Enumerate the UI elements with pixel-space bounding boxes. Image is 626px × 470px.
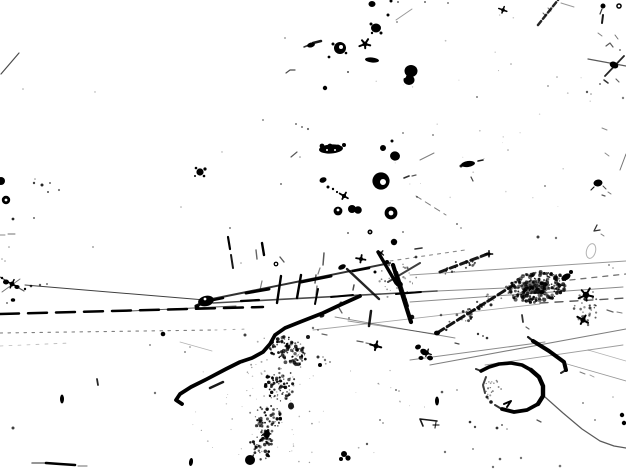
texture-mark xyxy=(292,350,294,352)
texture-mark xyxy=(537,236,540,239)
texture-mark xyxy=(490,303,493,306)
texture-mark xyxy=(505,191,507,193)
texture-mark xyxy=(370,23,373,26)
texture-mark xyxy=(267,375,269,377)
texture-mark xyxy=(586,319,589,322)
texture-mark xyxy=(374,344,379,349)
texture-mark xyxy=(283,378,284,379)
texture-mark xyxy=(266,359,267,360)
texture-mark xyxy=(481,306,483,308)
texture-mark xyxy=(608,264,610,266)
texture-mark xyxy=(273,396,274,397)
texture-mark xyxy=(534,284,536,286)
texture-mark xyxy=(274,425,275,426)
texture-mark xyxy=(409,405,410,406)
texture-mark xyxy=(578,294,580,296)
texture-mark xyxy=(288,393,291,396)
texture-mark xyxy=(529,280,531,282)
texture-mark xyxy=(299,351,300,352)
texture-mark xyxy=(467,319,470,322)
texture-mark xyxy=(318,363,322,367)
texture-mark xyxy=(230,429,231,430)
texture-mark xyxy=(189,346,191,348)
texture-mark xyxy=(261,408,263,410)
texture-mark xyxy=(509,286,513,290)
texture-mark xyxy=(279,390,281,392)
texture-mark xyxy=(471,316,473,318)
texture-mark xyxy=(529,295,531,297)
texture-mark xyxy=(469,264,471,266)
texture-mark xyxy=(581,302,583,304)
texture-mark xyxy=(373,452,374,453)
texture-mark xyxy=(92,246,94,248)
texture-mark xyxy=(589,101,590,102)
texture-mark xyxy=(265,408,268,411)
texture-mark xyxy=(180,206,182,208)
texture-mark xyxy=(271,397,272,398)
texture-mark xyxy=(284,360,288,364)
texture-mark xyxy=(277,351,280,354)
texture-mark xyxy=(406,266,408,268)
texture-mark xyxy=(320,144,325,149)
texture-mark xyxy=(342,143,346,147)
texture-mark xyxy=(267,381,269,383)
texture-mark xyxy=(538,297,541,300)
texture-mark xyxy=(420,183,421,184)
texture-mark xyxy=(253,454,255,456)
texture-mark xyxy=(258,418,260,420)
texture-mark xyxy=(491,299,493,301)
texture-mark xyxy=(546,275,548,277)
texture-mark xyxy=(544,185,546,187)
texture-mark xyxy=(487,387,489,389)
texture-mark xyxy=(445,40,447,42)
texture-mark xyxy=(226,397,227,398)
texture-mark xyxy=(255,447,256,448)
texture-mark xyxy=(260,372,261,373)
texture-mark xyxy=(282,357,283,358)
texture-mark xyxy=(493,300,494,301)
texture-mark xyxy=(476,96,478,98)
texture-mark xyxy=(471,260,473,262)
texture-mark xyxy=(298,461,300,463)
texture-mark xyxy=(296,355,297,356)
texture-mark xyxy=(544,294,545,295)
texture-mark xyxy=(255,424,258,427)
texture-mark xyxy=(594,419,596,421)
texture-mark xyxy=(286,352,288,354)
texture-mark xyxy=(195,305,200,309)
texture-mark xyxy=(400,401,401,402)
texture-mark xyxy=(283,383,286,386)
texture-mark xyxy=(549,276,551,278)
texture-mark xyxy=(289,389,291,391)
texture-mark xyxy=(311,423,313,425)
texture-mark xyxy=(271,430,274,433)
texture-mark xyxy=(374,271,377,274)
texture-mark xyxy=(486,293,488,295)
texture-mark xyxy=(574,305,576,307)
texture-mark xyxy=(500,297,502,299)
texture-mark xyxy=(345,52,348,55)
texture-mark xyxy=(424,1,426,3)
texture-mark xyxy=(6,302,8,304)
texture-mark xyxy=(520,457,522,459)
texture-mark xyxy=(293,360,295,362)
texture-mark xyxy=(58,189,60,191)
texture-mark xyxy=(469,421,472,424)
texture-mark xyxy=(46,283,48,285)
texture-mark xyxy=(486,252,487,253)
texture-mark xyxy=(270,439,273,442)
texture-mark xyxy=(499,458,502,461)
texture-mark xyxy=(271,377,274,380)
texture-mark xyxy=(551,283,553,285)
texture-mark xyxy=(8,246,10,248)
texture-mark xyxy=(553,285,555,287)
texture-mark xyxy=(583,315,585,317)
texture-mark xyxy=(265,457,267,459)
texture-mark xyxy=(267,406,268,407)
texture-mark xyxy=(286,343,289,346)
texture-mark xyxy=(249,441,251,443)
texture-mark xyxy=(513,17,515,19)
texture-mark xyxy=(221,151,222,152)
texture-mark xyxy=(559,280,560,281)
texture-mark xyxy=(496,427,499,430)
texture-mark xyxy=(589,307,592,310)
texture-mark xyxy=(293,378,295,380)
texture-mark xyxy=(253,443,255,445)
texture-mark xyxy=(264,383,267,386)
texture-mark xyxy=(460,227,462,229)
texture-mark xyxy=(382,422,384,424)
texture-mark xyxy=(522,288,524,290)
texture-mark xyxy=(291,390,294,393)
texture-mark xyxy=(184,351,186,353)
texture-mark xyxy=(487,398,489,400)
texture-mark xyxy=(279,376,281,378)
texture-mark xyxy=(531,298,534,301)
texture-mark xyxy=(544,272,546,274)
texture-mark xyxy=(241,448,242,449)
texture-mark xyxy=(293,348,294,349)
texture-mark xyxy=(387,14,390,17)
texture-mark xyxy=(508,285,509,286)
texture-mark xyxy=(404,277,406,279)
texture-mark xyxy=(283,357,286,360)
texture-mark xyxy=(280,400,281,401)
texture-mark xyxy=(262,119,264,121)
texture-mark xyxy=(542,298,546,302)
texture-mark xyxy=(551,293,554,296)
texture-mark xyxy=(281,374,284,377)
texture-mark xyxy=(276,398,278,400)
texture-mark xyxy=(257,341,259,343)
texture-mark xyxy=(435,397,439,406)
texture-mark xyxy=(556,76,558,78)
texture-mark xyxy=(506,428,508,430)
texture-mark xyxy=(264,422,266,424)
texture-mark xyxy=(440,314,443,317)
texture-mark xyxy=(259,452,261,454)
texture-mark xyxy=(301,126,303,128)
texture-mark xyxy=(278,367,281,370)
texture-mark xyxy=(551,286,554,289)
texture-mark xyxy=(319,421,320,422)
texture-mark xyxy=(309,378,310,379)
texture-mark xyxy=(307,128,309,130)
texture-mark xyxy=(311,451,313,453)
texture-mark xyxy=(302,352,304,354)
texture-mark xyxy=(260,438,263,441)
texture-mark xyxy=(502,142,503,143)
texture-mark xyxy=(272,353,275,356)
texture-mark xyxy=(347,71,349,73)
texture-mark xyxy=(581,316,582,317)
texture-mark xyxy=(328,56,331,59)
texture-mark xyxy=(286,391,288,393)
texture-mark xyxy=(342,194,346,198)
texture-mark xyxy=(269,388,271,390)
texture-mark xyxy=(289,451,290,452)
texture-mark xyxy=(244,334,247,337)
texture-mark xyxy=(270,352,273,355)
texture-mark xyxy=(592,297,594,299)
texture-mark xyxy=(328,144,333,149)
texture-mark xyxy=(482,386,483,387)
texture-mark xyxy=(258,429,259,430)
texture-mark xyxy=(522,315,523,322)
texture-mark xyxy=(588,312,591,315)
texture-mark xyxy=(309,411,311,413)
texture-mark xyxy=(445,270,447,272)
texture-mark xyxy=(203,175,206,178)
texture-mark xyxy=(465,320,466,321)
texture-mark xyxy=(270,349,272,351)
texture-mark xyxy=(252,375,254,377)
texture-mark xyxy=(301,354,303,356)
texture-mark xyxy=(533,301,536,304)
texture-mark xyxy=(284,338,286,340)
texture-mark xyxy=(300,366,302,368)
texture-mark xyxy=(404,267,406,269)
texture-mark xyxy=(456,223,458,225)
texture-mark xyxy=(409,183,410,184)
texture-mark xyxy=(499,14,501,16)
texture-mark xyxy=(395,274,396,275)
texture-mark xyxy=(255,416,256,417)
texture-mark xyxy=(240,262,242,264)
texture-mark xyxy=(521,274,525,278)
texture-mark xyxy=(473,309,474,310)
texture-mark xyxy=(323,86,327,90)
texture-mark xyxy=(381,278,383,280)
texture-mark xyxy=(517,287,520,290)
texture-mark xyxy=(12,427,15,430)
texture-mark xyxy=(547,287,550,290)
texture-mark xyxy=(612,396,614,398)
texture-mark xyxy=(269,414,272,417)
texture-mark xyxy=(512,297,513,298)
texture-mark xyxy=(267,450,270,453)
texture-mark xyxy=(402,74,406,78)
texture-mark xyxy=(260,431,262,433)
texture-mark xyxy=(281,422,282,423)
texture-mark xyxy=(329,361,331,363)
texture-mark xyxy=(263,443,266,446)
texture-mark xyxy=(60,395,64,404)
texture-mark xyxy=(324,359,326,361)
texture-mark xyxy=(270,391,273,394)
texture-mark xyxy=(622,421,626,425)
texture-mark xyxy=(270,344,271,345)
texture-mark xyxy=(293,445,294,446)
texture-mark xyxy=(595,311,597,313)
texture-mark xyxy=(441,391,444,394)
texture-mark xyxy=(424,407,425,408)
texture-mark xyxy=(257,422,261,426)
texture-mark xyxy=(535,280,537,282)
texture-mark xyxy=(595,298,597,300)
texture-mark xyxy=(528,297,531,300)
texture-mark xyxy=(280,340,283,343)
texture-mark xyxy=(241,300,259,301)
texture-mark xyxy=(619,49,621,51)
texture-mark xyxy=(491,381,492,382)
texture-mark xyxy=(402,231,404,233)
texture-mark xyxy=(256,444,257,445)
texture-mark xyxy=(595,317,597,319)
texture-mark xyxy=(306,335,310,339)
texture-mark xyxy=(295,349,297,351)
texture-mark xyxy=(309,462,310,463)
texture-mark xyxy=(266,425,269,428)
texture-mark xyxy=(388,264,390,266)
texture-mark xyxy=(266,439,268,441)
texture-mark xyxy=(620,413,624,417)
texture-mark xyxy=(532,197,533,198)
texture-mark xyxy=(543,288,546,291)
texture-mark xyxy=(299,156,301,158)
texture-mark xyxy=(557,283,561,287)
texture-mark xyxy=(275,417,278,420)
texture-mark xyxy=(293,434,294,435)
texture-mark xyxy=(254,445,256,447)
texture-mark xyxy=(525,273,528,276)
texture-mark xyxy=(409,281,411,283)
texture-mark xyxy=(567,92,569,94)
texture-mark xyxy=(276,337,280,341)
texture-mark xyxy=(272,408,275,411)
texture-mark xyxy=(538,278,541,281)
texture-mark xyxy=(248,373,249,374)
texture-mark xyxy=(293,443,294,444)
texture-mark xyxy=(276,408,277,409)
texture-mark xyxy=(391,140,394,143)
texture-mark xyxy=(288,392,289,393)
texture-mark xyxy=(251,367,252,368)
texture-mark xyxy=(276,344,278,346)
texture-mark xyxy=(300,343,301,344)
texture-mark xyxy=(587,324,589,326)
texture-mark xyxy=(369,1,376,7)
texture-mark xyxy=(350,370,351,371)
texture-mark xyxy=(538,288,539,289)
texture-mark xyxy=(203,371,204,372)
texture-mark xyxy=(449,197,450,198)
texture-mark xyxy=(455,267,456,268)
texture-mark xyxy=(11,298,15,302)
texture-mark xyxy=(393,273,394,274)
texture-mark xyxy=(332,188,334,190)
texture-mark xyxy=(279,414,281,416)
texture-mark xyxy=(4,260,6,262)
texture-mark xyxy=(280,380,282,382)
texture-mark xyxy=(478,258,479,259)
texture-mark xyxy=(277,394,278,395)
texture-mark xyxy=(1,258,3,260)
texture-mark xyxy=(291,356,293,358)
texture-mark xyxy=(264,450,268,454)
texture-mark xyxy=(490,387,491,388)
texture-mark xyxy=(549,296,552,299)
texture-mark xyxy=(395,162,396,163)
texture-mark xyxy=(264,338,265,339)
texture-mark xyxy=(284,349,287,352)
texture-mark xyxy=(547,85,549,87)
texture-mark xyxy=(380,179,386,185)
texture-mark xyxy=(492,390,494,392)
texture-mark xyxy=(195,411,196,412)
texture-mark xyxy=(456,389,458,391)
texture-mark xyxy=(304,358,307,361)
texture-mark xyxy=(39,284,41,286)
texture-mark xyxy=(278,422,280,424)
texture-mark xyxy=(548,284,550,286)
texture-mark xyxy=(277,396,278,397)
texture-mark xyxy=(622,97,624,99)
texture-mark xyxy=(398,390,400,392)
texture-mark xyxy=(285,398,287,400)
texture-mark xyxy=(276,381,278,383)
texture-mark xyxy=(468,262,470,264)
texture-mark xyxy=(396,21,398,23)
texture-mark xyxy=(543,285,546,288)
texture-mark xyxy=(546,277,549,280)
texture-mark xyxy=(317,356,320,359)
texture-mark xyxy=(486,391,487,392)
texture-mark xyxy=(407,291,408,292)
texture-mark xyxy=(488,297,489,298)
texture-mark xyxy=(288,403,294,410)
texture-mark xyxy=(279,387,280,388)
texture-mark xyxy=(582,312,583,313)
texture-mark xyxy=(585,296,587,298)
texture-mark xyxy=(339,457,343,461)
texture-mark xyxy=(425,351,429,355)
texture-mark xyxy=(501,424,503,426)
texture-mark xyxy=(586,300,588,302)
texture-mark xyxy=(559,465,562,468)
texture-mark xyxy=(249,412,251,414)
texture-mark xyxy=(288,385,290,387)
texture-mark xyxy=(266,417,269,420)
texture-mark xyxy=(288,339,290,341)
texture-mark xyxy=(389,211,394,216)
texture-mark xyxy=(264,370,266,372)
texture-mark xyxy=(569,270,573,274)
